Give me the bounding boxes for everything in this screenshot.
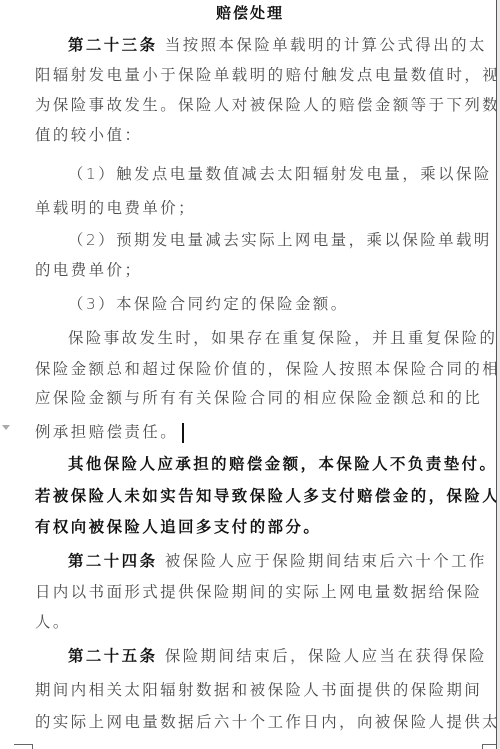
section-title: 赔偿处理	[0, 2, 500, 23]
text-line: 期间内相关太阳辐射数据和被保险人书面提供的保险期间	[35, 679, 480, 701]
page-corner-mark-right	[482, 744, 497, 749]
article-24-line-1: 第二十四条 被保险人应于保险期间结束后六十个工作	[68, 550, 480, 572]
text-line: 应保险金额与所有有关保险合同的相应保险金额总和的比	[35, 387, 480, 409]
bold-text-line: 其他保险人应承担的赔偿金额，本保险人不负责垫付。	[68, 453, 480, 475]
text-line: 人。	[35, 611, 480, 633]
bold-text-line: 若被保险人未如实告知导致保险人多支付赔偿金的，保险人	[35, 485, 480, 507]
text-line-with-cursor[interactable]: 例承担赔偿责任。	[35, 421, 480, 443]
text-cursor	[182, 423, 184, 443]
text-line: 阳辐射发电量小于保险单载明的赔付触发点电量数值时，视	[35, 64, 480, 86]
article-number: 第二十五条	[68, 647, 157, 665]
article-number: 第二十四条	[68, 552, 157, 570]
list-item-3: （3）本保险合同约定的保险金额。	[68, 293, 480, 315]
article-23-line-1: 第二十三条 当按照本保险单载明的计算公式得出的太	[68, 34, 480, 56]
text-line: 的实际上网电量数据后六十个工作日内，向被保险人提供太	[35, 711, 480, 733]
page-corner-mark-left	[14, 744, 33, 749]
text-line: 为保险事故发生。保险人对被保险人的赔偿金额等于下列数	[35, 94, 480, 116]
text-line: 单载明的电费单价；	[35, 197, 480, 219]
list-item-2: （2）预期发电量减去实际上网电量，乘以保险单载明	[68, 229, 480, 251]
text-line: 日内以书面形式提供保险期间的实际上网电量数据给保险	[35, 581, 480, 603]
text-line: 保险金额总和超过保险价值的，保险人按照本保险合同的相	[35, 358, 480, 380]
paragraph-collapse-icon[interactable]	[2, 425, 10, 430]
document-page: 赔偿处理 第二十三条 当按照本保险单载明的计算公式得出的太 阳辐射发电量小于保险…	[0, 0, 496, 749]
article-25-line-1: 第二十五条 保险期间结束后，保险人应当在获得保险	[68, 645, 480, 667]
text-line: 的电费单价；	[35, 259, 480, 281]
list-item-1: （1）触发点电量数值减去太阳辐射发电量，乘以保险	[68, 163, 480, 185]
bold-text-line: 有权向被保险人追回多支付的部分。	[35, 516, 480, 538]
text-line: 值的较小值：	[35, 124, 480, 146]
article-number: 第二十三条	[68, 36, 157, 54]
text-line: 保险事故发生时，如果存在重复保险，并且重复保险的	[68, 327, 480, 349]
